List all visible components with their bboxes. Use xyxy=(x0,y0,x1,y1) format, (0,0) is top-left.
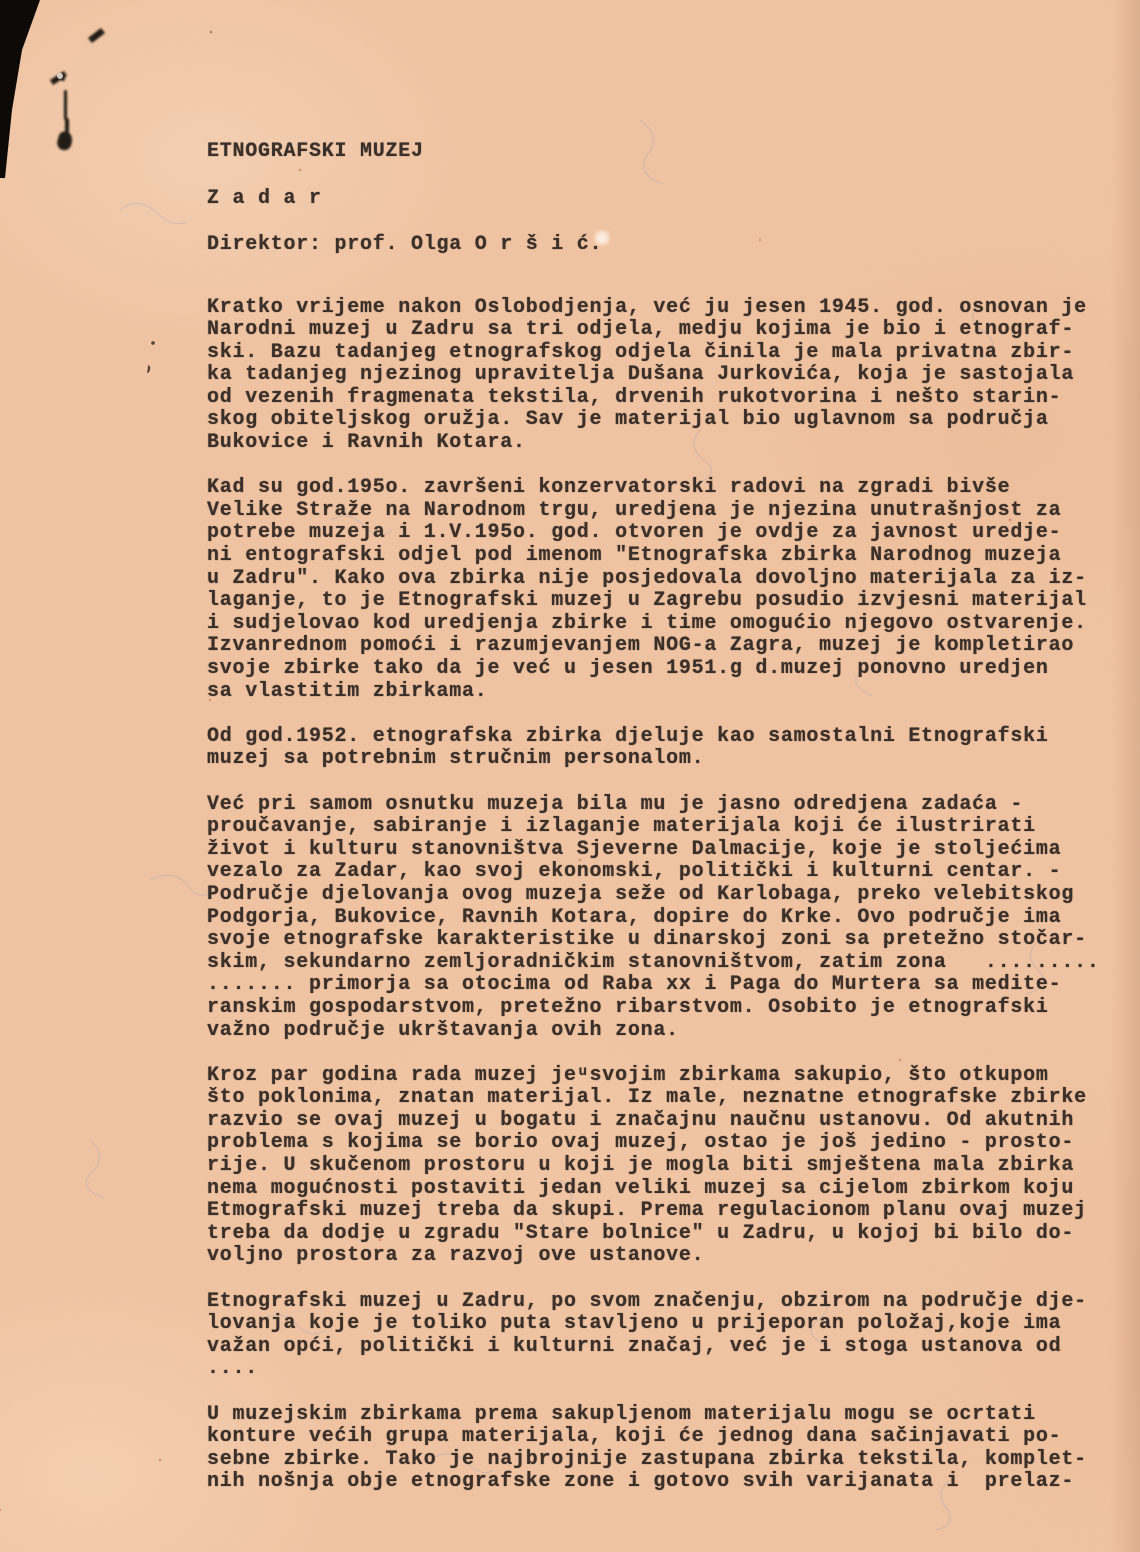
ink-marks xyxy=(50,28,105,150)
paragraph: Kratko vrijeme nakon Oslobodjenja, već j… xyxy=(207,297,1122,455)
document-page: ETNOGRAFSKI MUZEJ Z a d a r Direktor: pr… xyxy=(0,0,1140,1552)
paragraph: Od god.1952. etnografska zbirka djeluje … xyxy=(207,726,1122,771)
document-director-line: Direktor: prof. Olga O r š i ć. xyxy=(207,234,1122,257)
document-title: ETNOGRAFSKI MUZEJ xyxy=(207,141,1122,164)
paragraph: Kad su god.195o. završeni konzervatorski… xyxy=(207,477,1122,703)
paragraph: Već pri samom osnutku muzeja bila mu je … xyxy=(207,794,1122,1043)
paragraph: Etnografski muzej u Zadru, po svom znače… xyxy=(207,1291,1122,1381)
paragraphs: Kratko vrijeme nakon Oslobodjenja, već j… xyxy=(207,297,1122,1494)
typed-content: ETNOGRAFSKI MUZEJ Z a d a r Direktor: pr… xyxy=(207,141,1122,1517)
margin-specks xyxy=(147,31,212,373)
paragraph: Kroz par godina rada muzej jeᵘsvojim zbi… xyxy=(207,1065,1122,1268)
ink-mark-highlight xyxy=(57,73,63,79)
torn-corner xyxy=(0,0,40,178)
paragraph: U muzejskim zbirkama prema sakupljenom m… xyxy=(207,1404,1122,1494)
right-edge-crease xyxy=(1110,0,1140,1552)
document-city: Z a d a r xyxy=(207,188,1122,211)
